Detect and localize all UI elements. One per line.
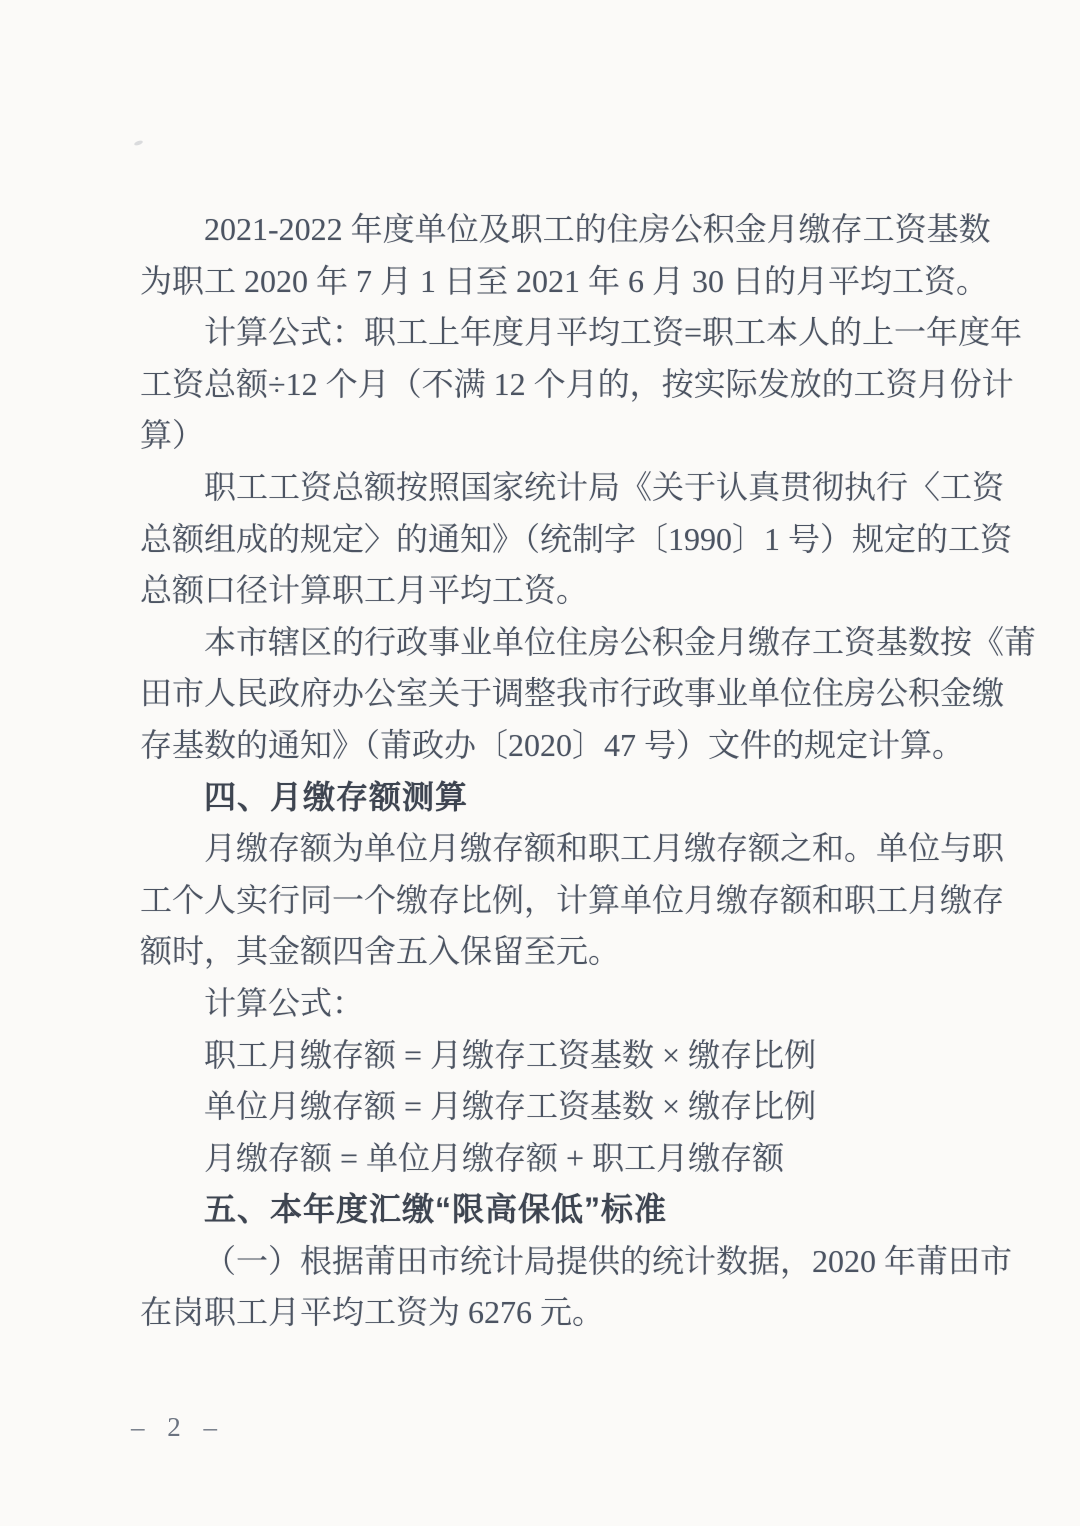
doc-line: 存基数的通知》（莆政办〔2020〕47 号）文件的规定计算。 [140, 720, 942, 772]
doc-line: 田市人民政府办公室关于调整我市行政事业单位住房公积金缴 [140, 668, 942, 720]
doc-line: 计算公式：职工上年度月平均工资=职工本人的上一年度年 [140, 307, 942, 359]
section-heading-5: 五、本年度汇缴“限高保低”标准 [140, 1184, 942, 1236]
page-number: – 2 – [131, 1412, 225, 1443]
formula-line: 月缴存额 = 单位月缴存额 + 职工月缴存额 [140, 1133, 942, 1185]
doc-line: 本市辖区的行政事业单位住房公积金月缴存工资基数按《莆 [140, 617, 942, 669]
doc-line: 为职工 2020 年 7 月 1 日至 2021 年 6 月 30 日的月平均工… [140, 256, 942, 308]
doc-line: 2021-2022 年度单位及职工的住房公积金月缴存工资基数 [140, 204, 942, 256]
doc-line: （一）根据莆田市统计局提供的统计数据，2020 年莆田市 [140, 1236, 942, 1288]
formula-line: 单位月缴存额 = 月缴存工资基数 × 缴存比例 [140, 1081, 942, 1133]
doc-line: 算） [140, 410, 942, 462]
formula-line: 职工月缴存额 = 月缴存工资基数 × 缴存比例 [140, 1030, 942, 1082]
doc-line: 总额组成的规定〉的通知》（统制字〔1990〕1 号）规定的工资 [140, 514, 942, 566]
doc-line: 总额口径计算职工月平均工资。 [140, 565, 942, 617]
doc-line: 计算公式： [140, 978, 942, 1030]
section-heading-4: 四、月缴存额测算 [140, 772, 942, 824]
document-body: 2021-2022 年度单位及职工的住房公积金月缴存工资基数 为职工 2020 … [140, 204, 942, 1339]
doc-line: 在岗职工月平均工资为 6276 元。 [140, 1287, 942, 1339]
doc-line: 工个人实行同一个缴存比例，计算单位月缴存额和职工月缴存 [140, 875, 942, 927]
doc-line: 月缴存额为单位月缴存额和职工月缴存额之和。单位与职 [140, 823, 942, 875]
doc-line: 额时，其金额四舍五入保留至元。 [140, 926, 942, 978]
doc-line: 职工工资总额按照国家统计局《关于认真贯彻执行〈工资 [140, 462, 942, 514]
doc-line: 工资总额÷12 个月（不满 12 个月的，按实际发放的工资月份计 [140, 359, 942, 411]
scan-artifact [134, 140, 144, 147]
document-page: 2021-2022 年度单位及职工的住房公积金月缴存工资基数 为职工 2020 … [0, 0, 1080, 1526]
